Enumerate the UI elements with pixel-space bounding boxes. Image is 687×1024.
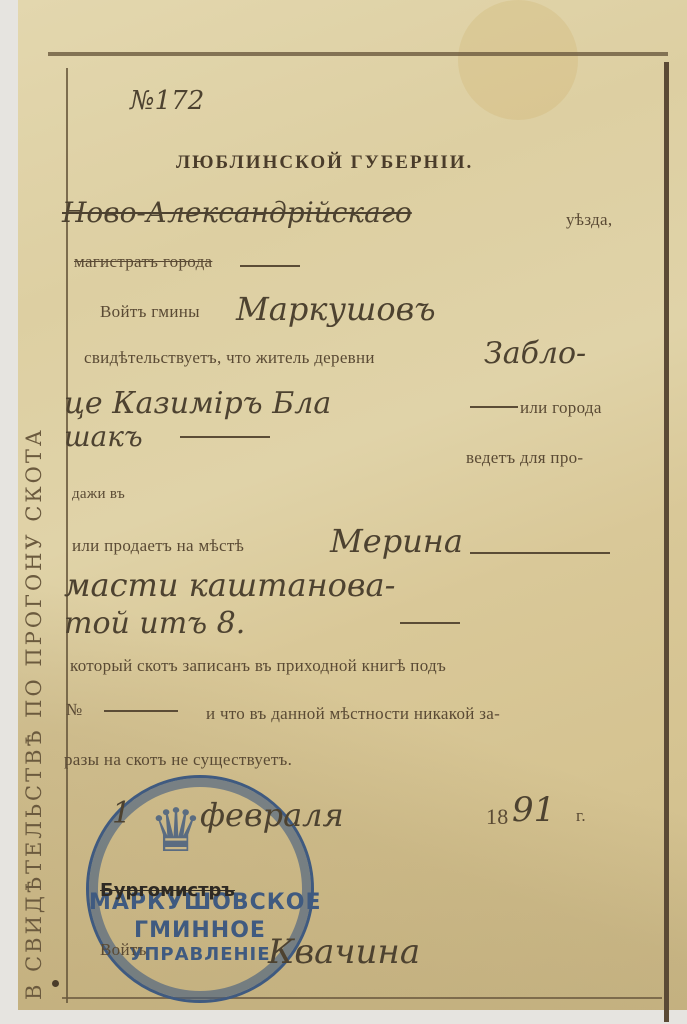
surname-handwritten: шакъ bbox=[64, 420, 143, 453]
vertical-margin-text: В СВИДѢТЕЛЬСТВѢ ПО ПРОГОНУ СКОТА bbox=[22, 427, 46, 1000]
certificate-number: №172 bbox=[130, 86, 204, 116]
year-handwritten: 91 bbox=[512, 790, 555, 830]
gmina-handwritten: Маркушовъ bbox=[236, 290, 436, 328]
livestock-handwritten-2: масти каштанова- bbox=[64, 566, 395, 604]
bottom-border-rule bbox=[62, 997, 662, 999]
village-handwritten-2: це Казиміръ Бла bbox=[64, 386, 331, 421]
reg-number-label: № bbox=[66, 700, 83, 720]
corner-dot bbox=[52, 980, 59, 987]
or-sells-printed: или продаетъ на мѣстѣ bbox=[72, 536, 244, 556]
or-city-printed: или города bbox=[520, 398, 602, 418]
livestock-handwritten-3: той итъ 8. bbox=[64, 606, 245, 641]
no-disease-printed-2: разы на скотъ не существуетъ. bbox=[64, 750, 292, 770]
uezd-printed: уѣзда, bbox=[566, 210, 612, 230]
fill-line bbox=[180, 436, 270, 438]
burgomaster-struck: Бургомистръ bbox=[100, 880, 235, 901]
fill-line bbox=[240, 265, 300, 267]
fill-line bbox=[470, 406, 518, 408]
fill-line bbox=[470, 552, 610, 554]
signature-handwritten: Квачина bbox=[268, 932, 420, 972]
number-label: № bbox=[130, 86, 155, 116]
magistrate-struck: магистратъ города bbox=[74, 252, 212, 272]
number-value: 172 bbox=[155, 86, 205, 116]
gmina-printed: Войтъ гмины bbox=[100, 302, 200, 322]
livestock-handwritten-1: Мерина bbox=[330, 522, 463, 560]
registered-printed: который скотъ записанъ въ приходной книг… bbox=[70, 656, 446, 676]
sale-printed: дажи въ bbox=[72, 486, 125, 503]
date-day: 1 bbox=[112, 796, 131, 831]
reg-number-fill-line bbox=[104, 710, 178, 712]
date-month-handwritten: февраля bbox=[200, 796, 344, 834]
year-suffix: г. bbox=[576, 806, 586, 826]
paper-stain bbox=[458, 0, 578, 120]
right-border-rule bbox=[664, 62, 669, 1022]
village-handwritten-1: Забло- bbox=[484, 336, 586, 371]
voit-printed: Войтъ bbox=[100, 940, 147, 960]
year-printed-prefix: 18 bbox=[486, 804, 509, 830]
certifies-printed: свидѣтельствуетъ, что житель деревни bbox=[84, 348, 375, 368]
double-headed-eagle-icon: ♛ bbox=[149, 796, 203, 866]
province-title: ЛЮБЛИНСКОЙ ГУБЕРНІИ. bbox=[176, 152, 473, 174]
uezd-handwritten: Ново-Александрійскаго bbox=[62, 196, 412, 229]
fill-line bbox=[400, 622, 460, 624]
no-disease-printed: и что въ данной мѣстности никакой за- bbox=[206, 704, 500, 724]
top-border-rule bbox=[48, 52, 668, 56]
drives-printed: ведетъ для про- bbox=[466, 448, 583, 468]
